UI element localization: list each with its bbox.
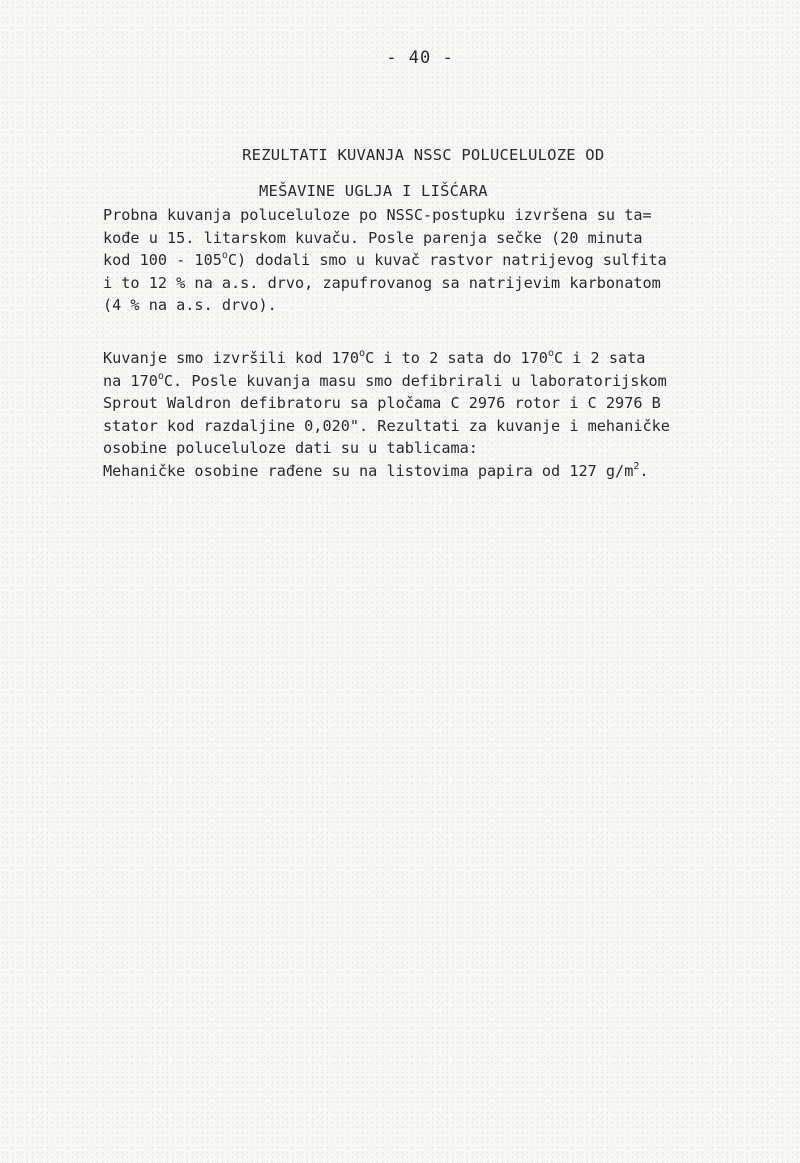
text-line: kođe u 15. litarskom kuvaču. Posle paren… <box>103 227 793 250</box>
paragraph-1: Probna kuvanja poluceluloze po NSSC-post… <box>103 204 793 317</box>
title-line-1: REZULTATI KUVANJA NSSC POLUCELULOZE OD <box>242 146 604 164</box>
superscript: 2 <box>633 461 639 472</box>
text-line: Mehaničke osobine rađene su na listovima… <box>103 460 793 483</box>
text-line: Kuvanje smo izvršili kod 170oC i to 2 sa… <box>103 347 793 370</box>
superscript: o <box>548 348 554 359</box>
text-line: Probna kuvanja poluceluloze po NSSC-post… <box>103 204 793 227</box>
text-line: na 170oC. Posle kuvanja masu smo defibri… <box>103 370 793 393</box>
text-line: i to 12 % na a.s. drvo, zapufrovanog sa … <box>103 272 793 295</box>
paragraph-2: Kuvanje smo izvršili kod 170oC i to 2 sa… <box>103 347 793 482</box>
text-line: osobine poluceluloze dati su u tablicama… <box>103 437 793 460</box>
text-line: Sprout Waldron defibratoru sa pločama C … <box>103 392 793 415</box>
page-number: - 40 - <box>0 48 800 68</box>
superscript: o <box>222 250 228 261</box>
text-line: (4 % na a.s. drvo). <box>103 294 793 317</box>
superscript: o <box>359 348 365 359</box>
superscript: o <box>158 371 164 382</box>
text-line: kod 100 - 105oC) dodali smo u kuvač rast… <box>103 249 793 272</box>
text-line: stator kod razdaljine 0,020". Rezultati … <box>103 415 793 438</box>
title-line-2: MEŠAVINE UGLJA I LIŠĆARA <box>204 182 604 200</box>
